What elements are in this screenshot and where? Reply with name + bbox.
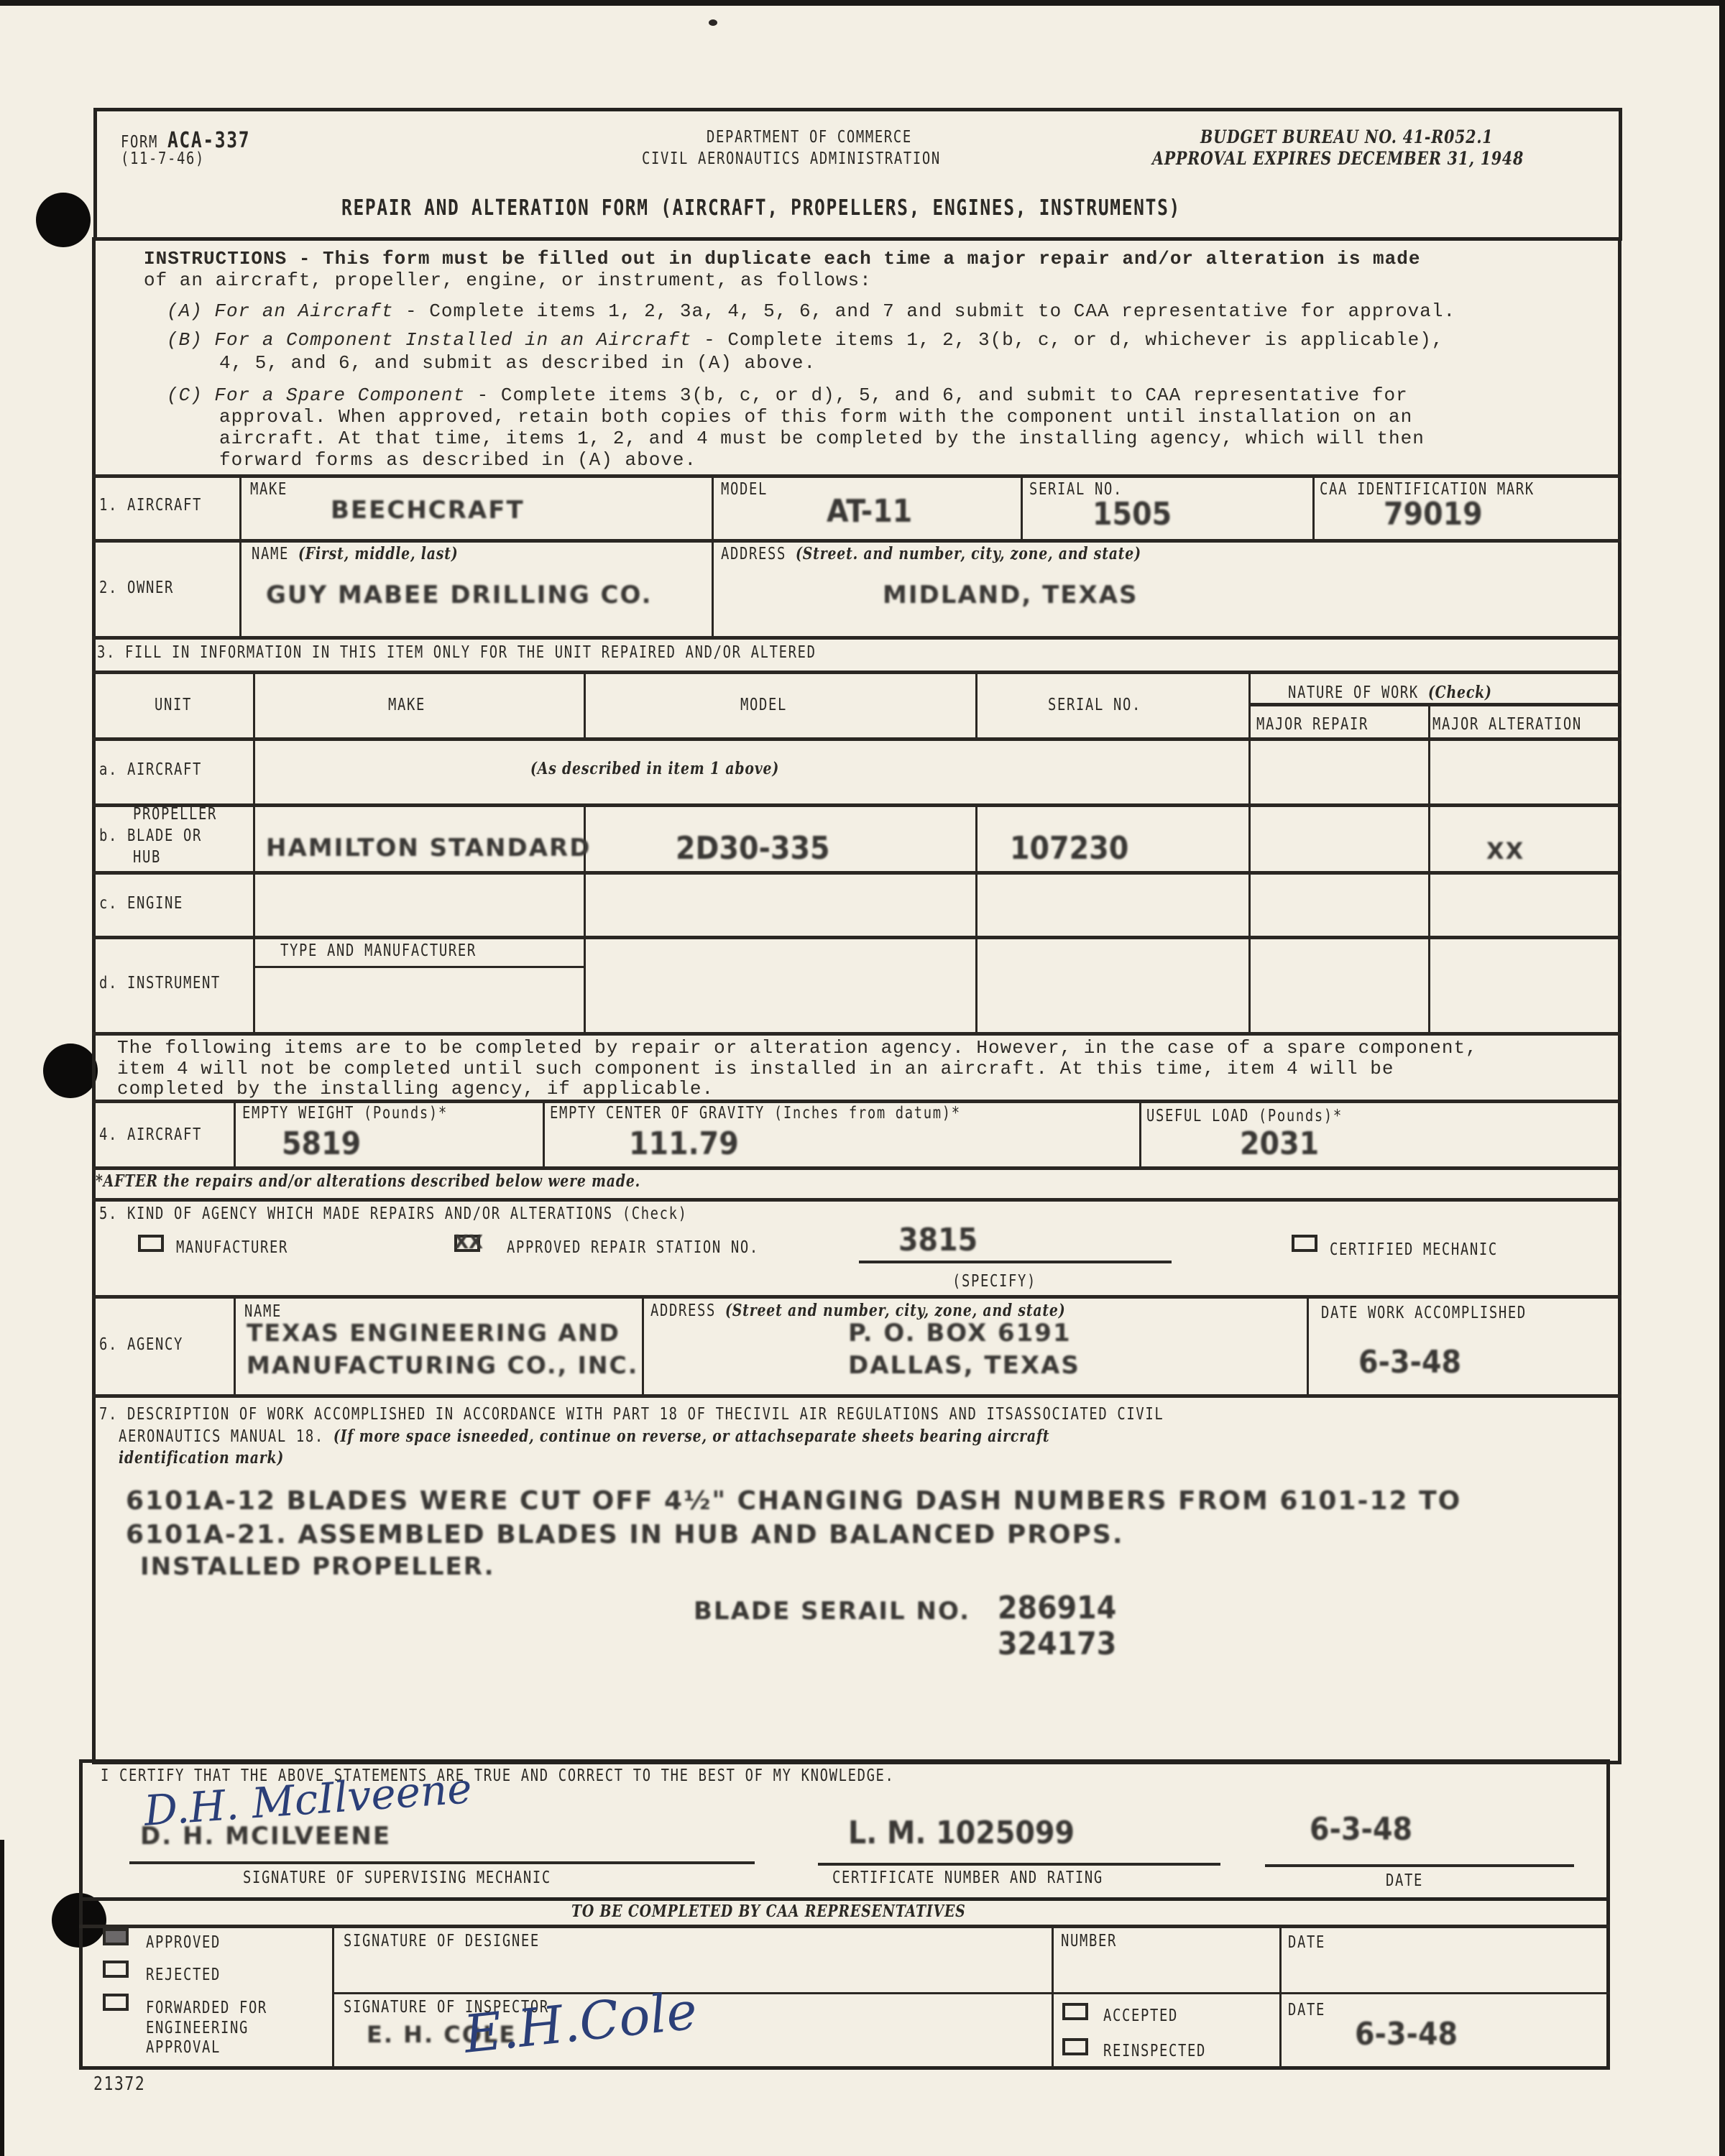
reinspected-label: REINSPECTED [1103,2042,1206,2060]
divider [92,474,1621,478]
instruction-c-label: (C) For a Spare Component [167,384,465,406]
row-d-type-label: TYPE AND MANUFACTURER [280,941,477,960]
document-number: 21372 [93,2073,145,2095]
row-a-unit: a. AIRCRAFT [99,760,202,779]
repair-station-label: APPROVED REPAIR STATION NO. [507,1238,759,1257]
ink-speck [709,19,717,26]
work-description-line2[interactable]: 6101A-21. Assembled blades in hub and ba… [126,1520,1124,1549]
item2-address-label-text: ADDRESS [721,545,786,563]
divider [712,539,714,638]
approved-checkbox[interactable] [103,1928,129,1945]
col-make: MAKE [388,696,425,714]
instruction-b-text2: 4, 5, and 6, and submit as described in … [219,352,816,374]
scan-edge-top [0,0,1725,6]
signature-line [129,1861,755,1864]
designee-date-label: DATE [1288,1933,1325,1952]
divider [253,966,585,968]
col-major-alteration: MAJOR ALTERATION [1432,715,1582,734]
item2-name-value[interactable]: Guy Mabee Drilling Co. [266,581,653,609]
divider [642,1295,644,1394]
divider [1307,1295,1309,1394]
form-date: (11-7-46) [121,149,205,168]
row-a-note: (As described in item 1 above) [530,759,779,778]
divider [1312,474,1315,540]
divider [92,636,1621,640]
administration: CIVIL AERONAUTICS ADMINISTRATION [642,149,941,168]
divider [92,803,1621,807]
row-b-unit-line2: b. BLADE OR [99,826,202,845]
divider [975,805,977,1033]
rejected-label: REJECTED [146,1966,221,1984]
signature-caption: SIGNATURE OF SUPERVISING MECHANIC [243,1869,551,1887]
divider [92,1295,1621,1299]
item7-heading-line2: AERONAUTICS MANUAL 18. (If more space is… [119,1427,1049,1446]
divider [253,671,255,1033]
col-nature-hint: (Check) [1428,683,1492,702]
divider [92,1198,1621,1202]
item2-label: 2. OWNER [99,579,174,597]
certified-mechanic-checkbox[interactable] [1292,1235,1317,1252]
certificate-line [818,1863,1220,1866]
item6-date-label: DATE WORK ACCOMPLISHED [1321,1304,1527,1322]
agency-note-line3: completed by the installing agency, if a… [117,1078,714,1100]
instruction-b-text: - Complete items 1, 2, 3(b, c, or d, whi… [692,329,1444,351]
divider [79,1925,1610,1928]
item6-address-line2[interactable]: Dallas, Texas [848,1351,1080,1380]
divider [92,1032,1621,1036]
work-description-line3[interactable]: Installed propeller. [140,1552,495,1581]
col-nature-of-work: NATURE OF WORK (Check) [1288,683,1492,702]
item6-address-line1[interactable]: P. O. Box 6191 [848,1319,1072,1347]
divider [92,1166,1621,1170]
inspector-date-value[interactable]: 6-3-48 [1355,2016,1458,2053]
designee-number-label: NUMBER [1061,1932,1117,1950]
item6-label: 6. AGENCY [99,1335,183,1354]
instruction-c-text2: approval. When approved, retain both cop… [219,406,1412,428]
item4-cg-value[interactable]: 111.79 [629,1125,739,1162]
item2-name-label-text: NAME [252,545,289,563]
item6-address-label-text: ADDRESS [650,1302,716,1320]
manufacturer-checkbox[interactable] [138,1235,164,1252]
item3-heading: 3. FILL IN INFORMATION IN THIS ITEM ONLY… [97,643,816,662]
certificate-caption: CERTIFICATE NUMBER AND RATING [832,1869,1103,1887]
agency-note-line1: The following items are to be completed … [117,1037,1478,1059]
divider [234,1295,236,1394]
divider [1428,704,1430,1033]
instruction-c-text3: aircraft. At that time, items 1, 2, and … [219,428,1425,449]
item2-name-hint: (First, middle, last) [298,544,459,563]
item4-useful-load-label: USEFUL LOAD (Pounds)* [1146,1107,1343,1125]
inspector-date-label: DATE [1288,2001,1325,2019]
mechanic-name[interactable]: D. H. McIlveene [140,1822,391,1851]
agency-note-line2: item 4 will not be completed until such … [117,1058,1394,1079]
instruction-b-label: (B) For a Component Installed in an Airc… [167,329,692,351]
item2-name-label: NAME (First, middle, last) [252,544,459,563]
divider [92,671,1621,674]
instructions-line1: INSTRUCTIONS - This form must be filled … [144,248,1420,269]
item1-model-value[interactable]: AT-11 [827,493,912,530]
item6-name-line2[interactable]: Manufacturing Co., Inc. [247,1351,638,1379]
item6-name-line1[interactable]: Texas Engineering and [247,1319,620,1347]
item4-empty-weight-label: EMPTY WEIGHT (Pounds)* [242,1104,448,1123]
rejected-checkbox[interactable] [103,1961,129,1978]
punch-hole-top [36,193,91,247]
form-title: REPAIR AND ALTERATION FORM (AIRCRAFT, PR… [341,195,1181,221]
item7-heading-line1: 7. DESCRIPTION OF WORK ACCOMPLISHED IN A… [99,1405,1164,1424]
divider [92,737,1621,741]
designee-signature-label: SIGNATURE OF DESIGNEE [344,1932,540,1950]
item2-address-label: ADDRESS (Street. and number, city, zone,… [721,544,1141,563]
row-b-unit-line1: PROPELLER [133,805,217,824]
divider [92,936,1621,939]
manufacturer-label: MANUFACTURER [176,1238,288,1257]
date-line [1265,1864,1574,1867]
item5-heading: 5. KIND OF AGENCY WHICH MADE REPAIRS AND… [99,1204,688,1223]
scan-edge-right [1719,0,1725,2156]
instruction-a-text: - Complete items 1, 2, 3a, 4, 5, 6, and … [393,300,1455,322]
divider [584,671,586,739]
forwarded-label-line1: FORWARDED FOR [146,1999,267,2017]
col-model: MODEL [740,696,787,714]
col-nature-text: NATURE OF WORK [1288,683,1419,702]
divider [332,1925,334,2068]
caa-heading: TO BE COMPLETED BY CAA REPRESENTATIVES [571,1902,966,1921]
divider [92,1394,1621,1398]
item4-footnote: *AFTER the repairs and/or alterations de… [96,1171,640,1191]
instruction-c: (C) For a Spare Component - Complete ite… [167,384,1408,406]
col-major-repair: MAJOR REPAIR [1256,715,1368,734]
item4-empty-weight-value[interactable]: 5819 [282,1125,361,1162]
divider [1052,1925,1054,2068]
forwarded-label-line2: ENGINEERING [146,2019,249,2037]
certified-mechanic-label: CERTIFIED MECHANIC [1330,1240,1498,1259]
row-b-unit-line3: HUB [133,848,161,867]
item6-address-hint: (Street and number, city, zone, and stat… [725,1301,1066,1320]
certification-date[interactable]: 6-3-48 [1310,1811,1412,1848]
divider [239,474,241,540]
repair-station-underline [859,1261,1172,1263]
item7-heading-line2b: (If more space isneeded, continue on rev… [333,1427,1050,1446]
instruction-c-text: - Complete items 3(b, c, or d), 5, and 6… [465,384,1408,406]
divider [1021,474,1023,540]
approval-expires: APPROVAL EXPIRES DECEMBER 31, 1948 [1152,148,1524,169]
item4-useful-load-value[interactable]: 2031 [1240,1125,1319,1162]
divider [92,1100,1621,1103]
instructions-line2: of an aircraft, propeller, engine, or in… [144,269,872,291]
divider [712,474,714,540]
approved-label: APPROVED [146,1933,221,1952]
instruction-a-label: (A) For an Aircraft [167,300,393,322]
col-serial: SERIAL NO. [1048,696,1141,714]
divider [234,1100,236,1168]
item7-heading-line2a: AERONAUTICS MANUAL 18. [119,1427,324,1446]
instruction-b: (B) For a Component Installed in an Airc… [167,329,1443,351]
item4-label: 4. AIRCRAFT [99,1125,202,1144]
scan-edge-left [0,1840,4,2156]
row-b-make-value[interactable]: Hamilton Standard [266,834,591,862]
reinspected-checkbox[interactable] [1062,2038,1088,2055]
row-b-model-value[interactable]: 2D30-335 [676,830,830,867]
department: DEPARTMENT OF COMMERCE [707,128,912,147]
blade-serial-label: Blade Serail No. [694,1597,970,1626]
divider [1139,1100,1141,1168]
accepted-label: ACCEPTED [1103,2007,1178,2025]
row-b-major-alteration-check[interactable]: XX [1486,837,1524,865]
divider [239,539,241,638]
divider [332,1992,1610,1994]
item7-heading-line3: identification mark) [119,1448,284,1468]
item1-model-label: MODEL [721,480,768,499]
item1-serial-value[interactable]: 1505 [1092,496,1172,533]
divider [1248,703,1621,706]
row-b-serial-value[interactable]: 107230 [1010,830,1128,867]
divider [975,671,977,739]
col-unit: UNIT [155,696,192,714]
divider [92,871,1621,875]
blade-serial-2[interactable]: 324173 [998,1626,1116,1662]
item1-make-value[interactable]: Beechcraft [331,496,525,525]
date-caption: DATE [1386,1871,1423,1890]
certificate-number[interactable]: L. M. 1025099 [848,1815,1075,1851]
divider [1279,1925,1282,2068]
budget-bureau: BUDGET BUREAU NO. 41-R052.1 [1200,126,1493,147]
work-description-line1[interactable]: 6101A-12 blades were cut off 4½" changin… [126,1486,1461,1516]
item2-address-hint: (Street. and number, city, zone, and sta… [796,544,1141,563]
forwarded-label-line3: APPROVAL [146,2038,221,2057]
punch-hole-middle [43,1044,98,1098]
item4-cg-label: EMPTY CENTER OF GRAVITY (Inches from dat… [550,1104,961,1123]
instruction-c-text4: forward forms as described in (A) above. [219,449,696,471]
item1-label: 1. AIRCRAFT [99,496,202,515]
accepted-checkbox[interactable] [1062,2003,1088,2020]
row-c-unit: c. ENGINE [99,894,183,913]
item6-date-value[interactable]: 6-3-48 [1358,1344,1461,1381]
divider [543,1100,545,1168]
instruction-a: (A) For an Aircraft - Complete items 1, … [167,300,1455,322]
repair-station-check-mark: XX [454,1232,483,1253]
item1-caa-value[interactable]: 79019 [1384,496,1483,533]
divider [1248,671,1251,1033]
forwarded-checkbox[interactable] [103,1994,129,2011]
row-d-unit: d. INSTRUMENT [99,974,221,992]
specify-caption: (SPECIFY) [952,1272,1036,1291]
divider [92,539,1621,543]
blade-serial-1[interactable]: 286914 [998,1590,1116,1626]
item6-address-label: ADDRESS (Street and number, city, zone, … [650,1301,1065,1320]
repair-station-number[interactable]: 3815 [898,1222,977,1258]
item1-make-label: MAKE [250,480,287,499]
item2-address-value[interactable]: Midland, Texas [883,581,1138,609]
